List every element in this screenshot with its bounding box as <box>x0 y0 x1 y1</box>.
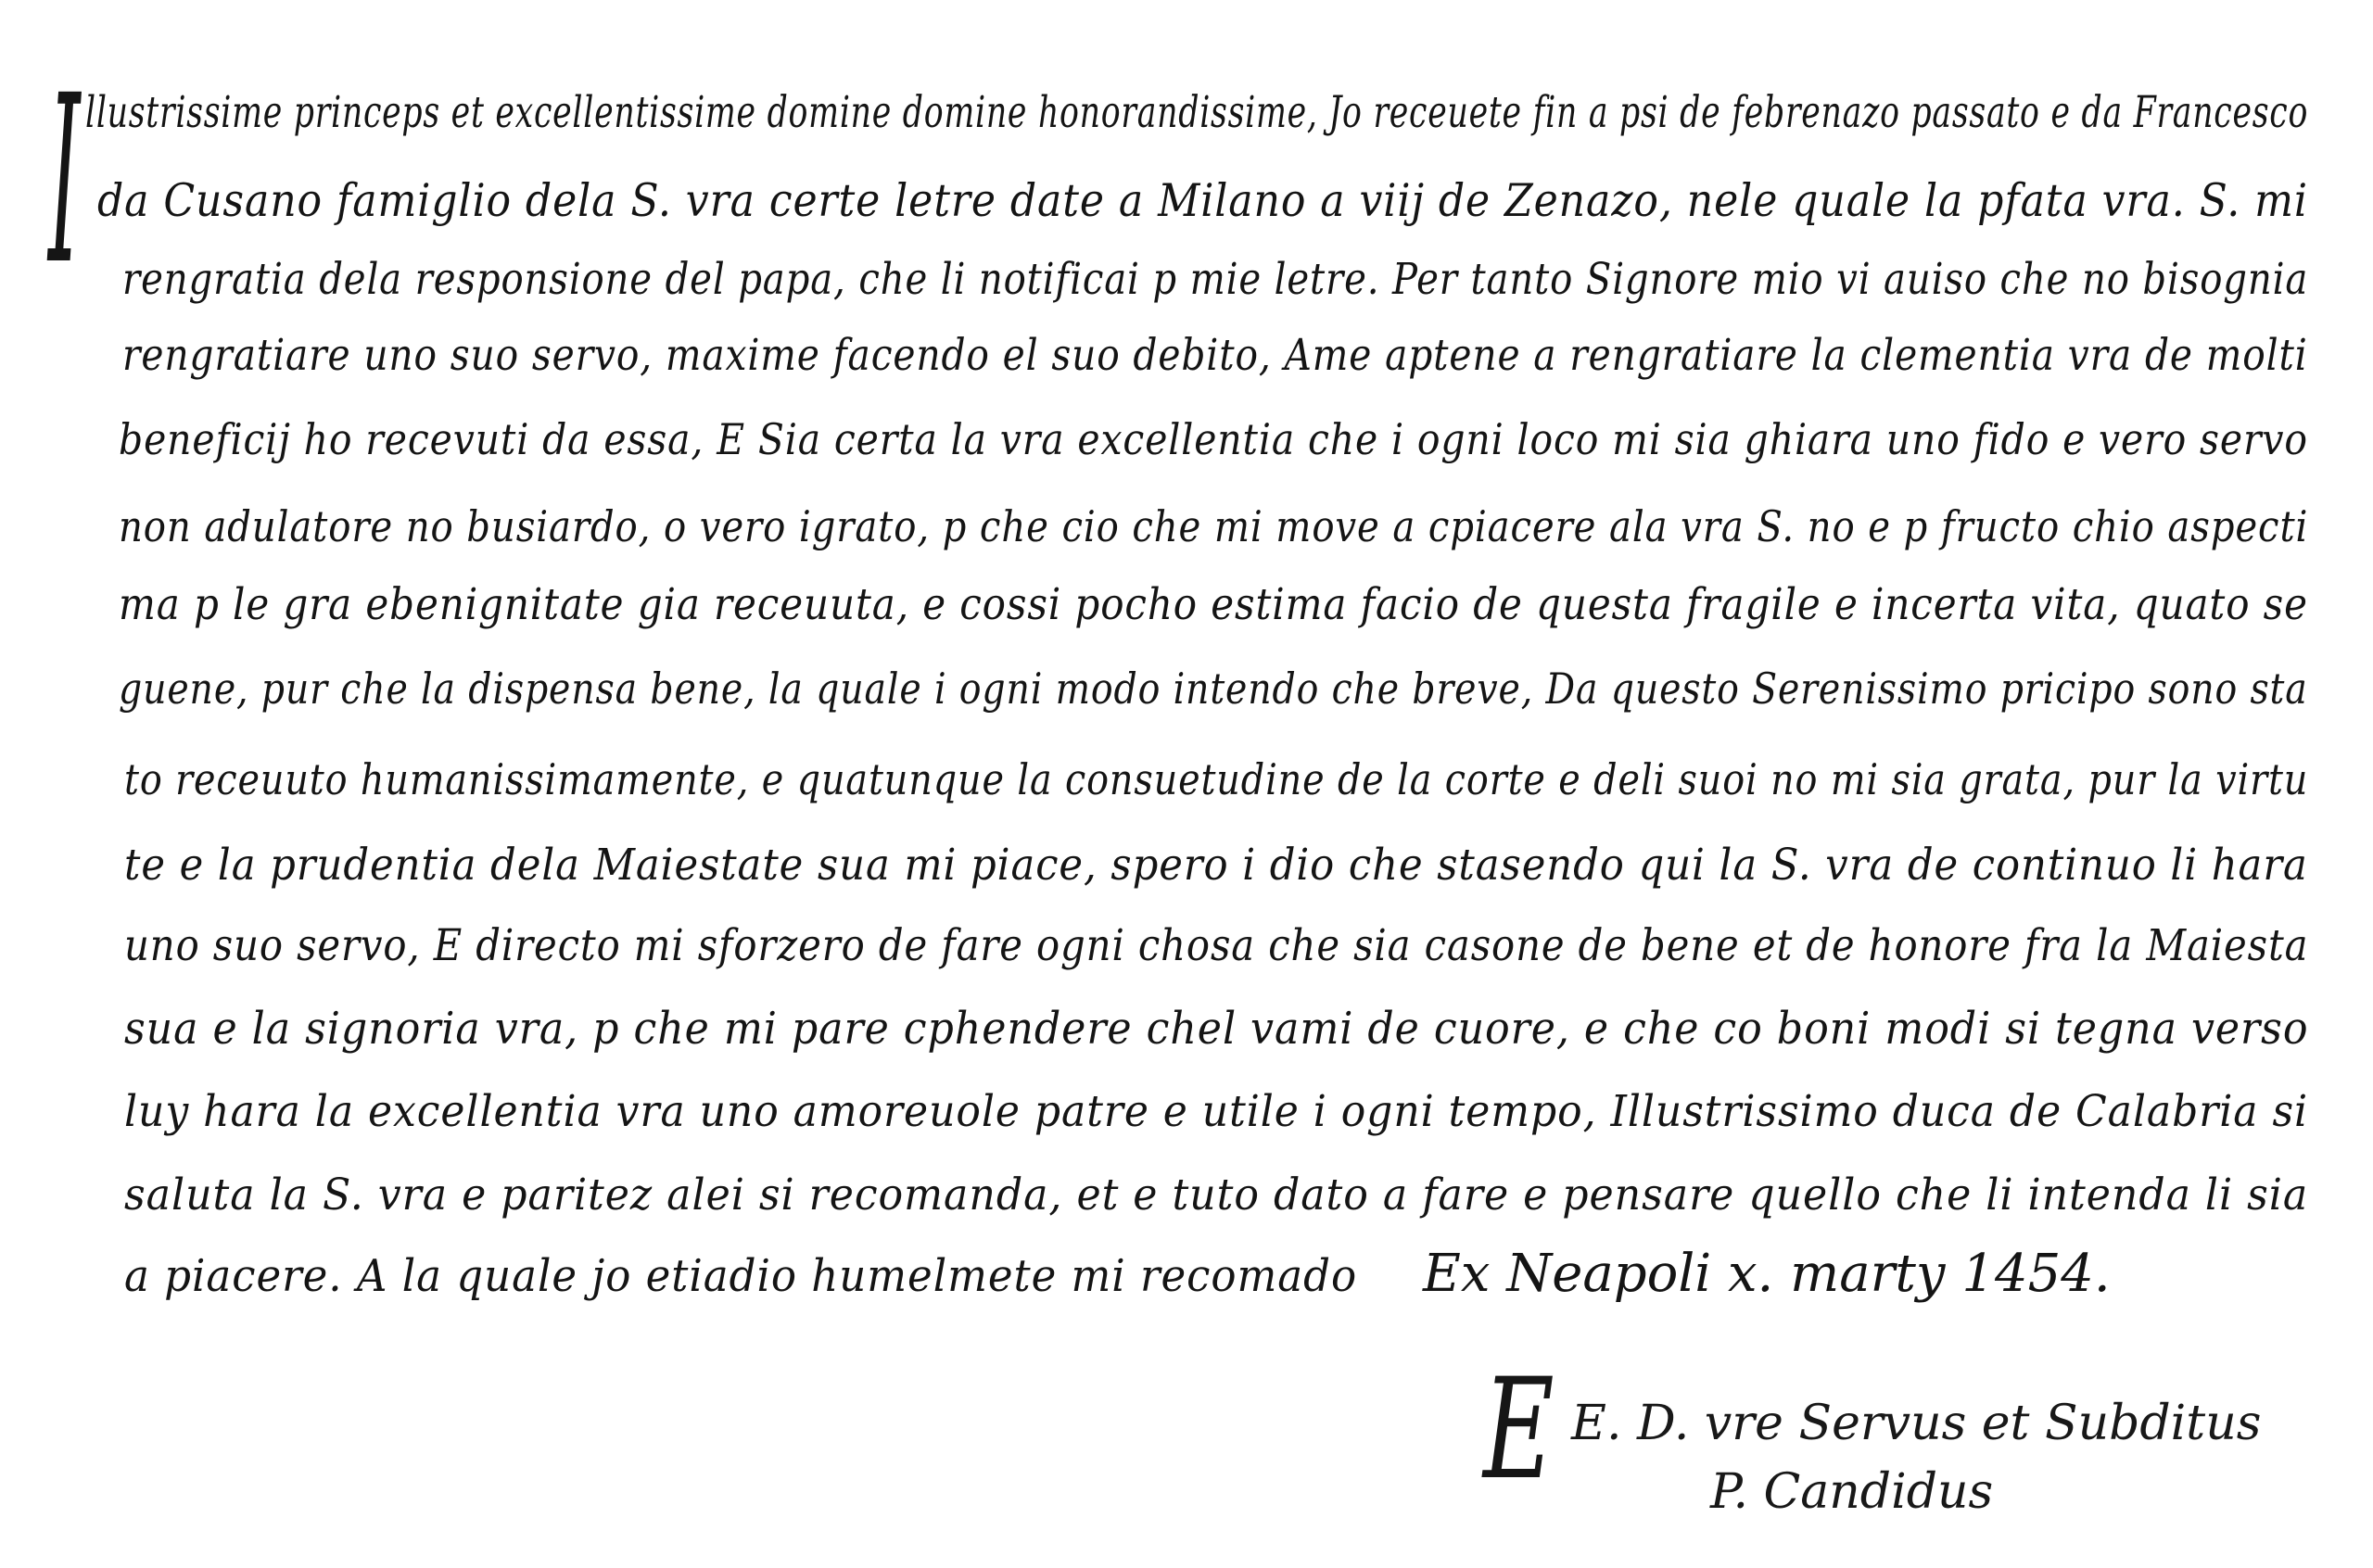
letter-line-6: non adulatore no busiardo, o vero igrato… <box>119 499 2308 554</box>
signature-name: P. Candidus <box>1710 1464 1993 1520</box>
letter-line-7: ma p le gra ebenignitate gia receuuta, e… <box>119 577 2308 633</box>
manuscript-page: I llustrissime princeps et excellentissi… <box>0 0 2373 1568</box>
letter-line-2: da Cusano famiglio dela S. vra certe let… <box>97 173 2308 229</box>
letter-line-4: rengratiare uno suo servo, maxime facend… <box>122 328 2308 384</box>
letter-line-10: te e la prudentia dela Maiestate sua mi … <box>124 838 2308 893</box>
letter-line-11: uno suo servo, E directo mi sforzero de … <box>124 918 2308 974</box>
letter-line-1: llustrissime princeps et excellentissime… <box>85 85 1728 141</box>
letter-line-15: a piacere. A la quale jo etiadio humelme… <box>124 1248 1357 1304</box>
letter-body: I llustrissime princeps et excellentissi… <box>0 0 2373 1353</box>
letter-line-9: to receuuto humanissimamente, e quatunqu… <box>124 752 2308 807</box>
signature-closing: E. D. vre Servus et Subditus <box>1571 1396 2261 1451</box>
letter-line-8: guene, pur che la dispensa bene, la qual… <box>119 661 2308 716</box>
dateline: Ex Neapoli x. marty 1454. <box>1423 1245 2111 1304</box>
letter-line-13: luy hara la excellentia vra uno amoreuol… <box>124 1084 2308 1140</box>
signature-block: E E. D. vre Servus et Subditus P. Candid… <box>1474 1372 2234 1548</box>
decorated-initial: I <box>48 65 81 297</box>
letter-line-5: beneficij ho recevuti da essa, E Sia cer… <box>119 411 2308 467</box>
signature-flourish-initial: E <box>1483 1360 1555 1499</box>
letter-line-12: sua e la signoria vra, p che mi pare cph… <box>124 1001 2308 1056</box>
letter-line-14: saluta la S. vra e paritez alei si recom… <box>124 1168 2308 1223</box>
letter-line-3: rengratia dela responsione del papa, che… <box>122 252 2308 308</box>
